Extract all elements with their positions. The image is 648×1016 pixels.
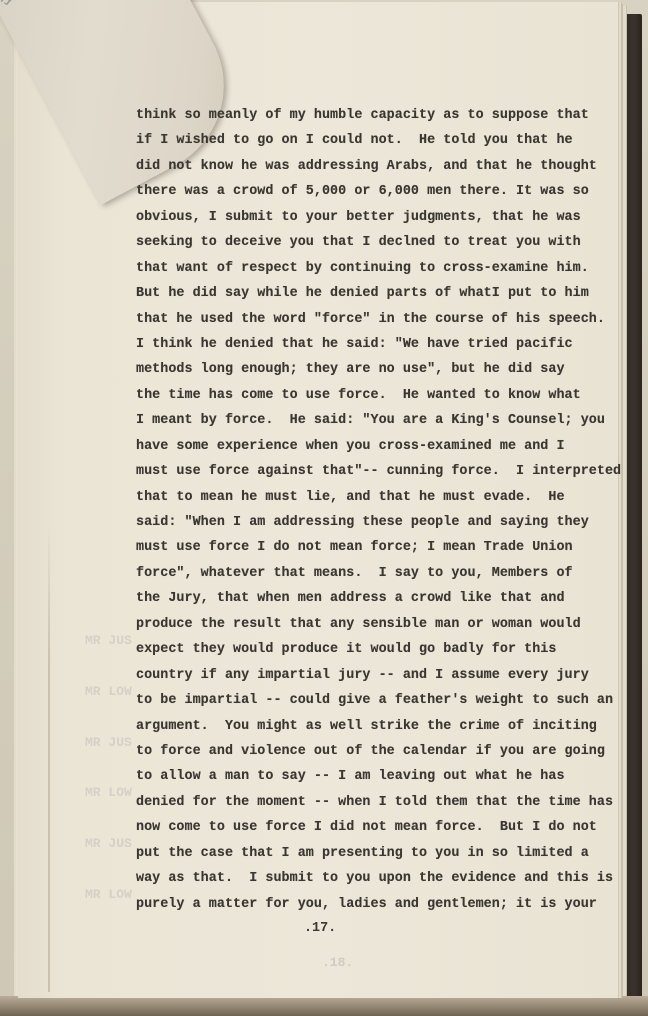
text-line: obvious, I submit to your better judgmen… [136, 205, 606, 230]
page-crease [48, 522, 50, 992]
text-line: country if any impartial jury -- and I a… [136, 663, 606, 688]
text-line: put the case that I am presenting to you… [136, 841, 606, 866]
text-line: way as that. I submit to you upon the ev… [136, 866, 606, 891]
text-line: that to mean he must lie, and that he mu… [136, 485, 606, 510]
show-through-speaker-labels: MR JUS MR LOW MR JUS MR LOW MR JUS MR LO… [85, 628, 132, 907]
text-line: I meant by force. He said: "You are a Ki… [136, 408, 606, 433]
text-line: must use force against that"-- cunning f… [136, 459, 606, 484]
text-line: to allow a man to say -- I am leaving ou… [136, 764, 606, 789]
text-line: if I wished to go on I could not. He tol… [136, 128, 606, 153]
bottom-edge-shadow [0, 996, 648, 1016]
typed-body-text: think so meanly of my humble capacity as… [136, 103, 606, 917]
text-line: that want of respect by continuing to cr… [136, 256, 606, 281]
text-line: produce the result that any sensible man… [136, 612, 606, 637]
text-line: have some experience when you cross-exam… [136, 434, 606, 459]
text-line: the Jury, that when men address a crowd … [136, 586, 606, 611]
text-line: that he used the word "force" in the cou… [136, 307, 606, 332]
text-line: purely a matter for you, ladies and gent… [136, 892, 606, 917]
text-line: there was a crowd of 5,000 or 6,000 men … [136, 179, 606, 204]
text-line: to force and violence out of the calenda… [136, 739, 606, 764]
text-line: methods long enough; they are no use", b… [136, 357, 606, 382]
show-through-page-number: .18. [322, 955, 353, 970]
text-line: must use force I do not mean force; I me… [136, 535, 606, 560]
text-line: force", whatever that means. I say to yo… [136, 561, 606, 586]
text-line: seeking to deceive you that I declned to… [136, 230, 606, 255]
text-line: denied for the moment -- when I told the… [136, 790, 606, 815]
text-line: But he did say while he denied parts of … [136, 281, 606, 306]
page-number: .17. [304, 921, 336, 936]
text-line: now come to use force I did not mean for… [136, 815, 606, 840]
text-line: expect they would produce it would go ba… [136, 637, 606, 662]
text-line: to be impartial -- could give a feather'… [136, 688, 606, 713]
text-line: did not know he was addressing Arabs, an… [136, 154, 606, 179]
text-line: think so meanly of my humble capacity as… [136, 103, 606, 128]
text-line: argument. You might as well strike the c… [136, 714, 606, 739]
text-line: said: "When I am addressing these people… [136, 510, 606, 535]
text-line: the time has come to use force. He wante… [136, 383, 606, 408]
text-line: I think he denied that he said: "We have… [136, 332, 606, 357]
